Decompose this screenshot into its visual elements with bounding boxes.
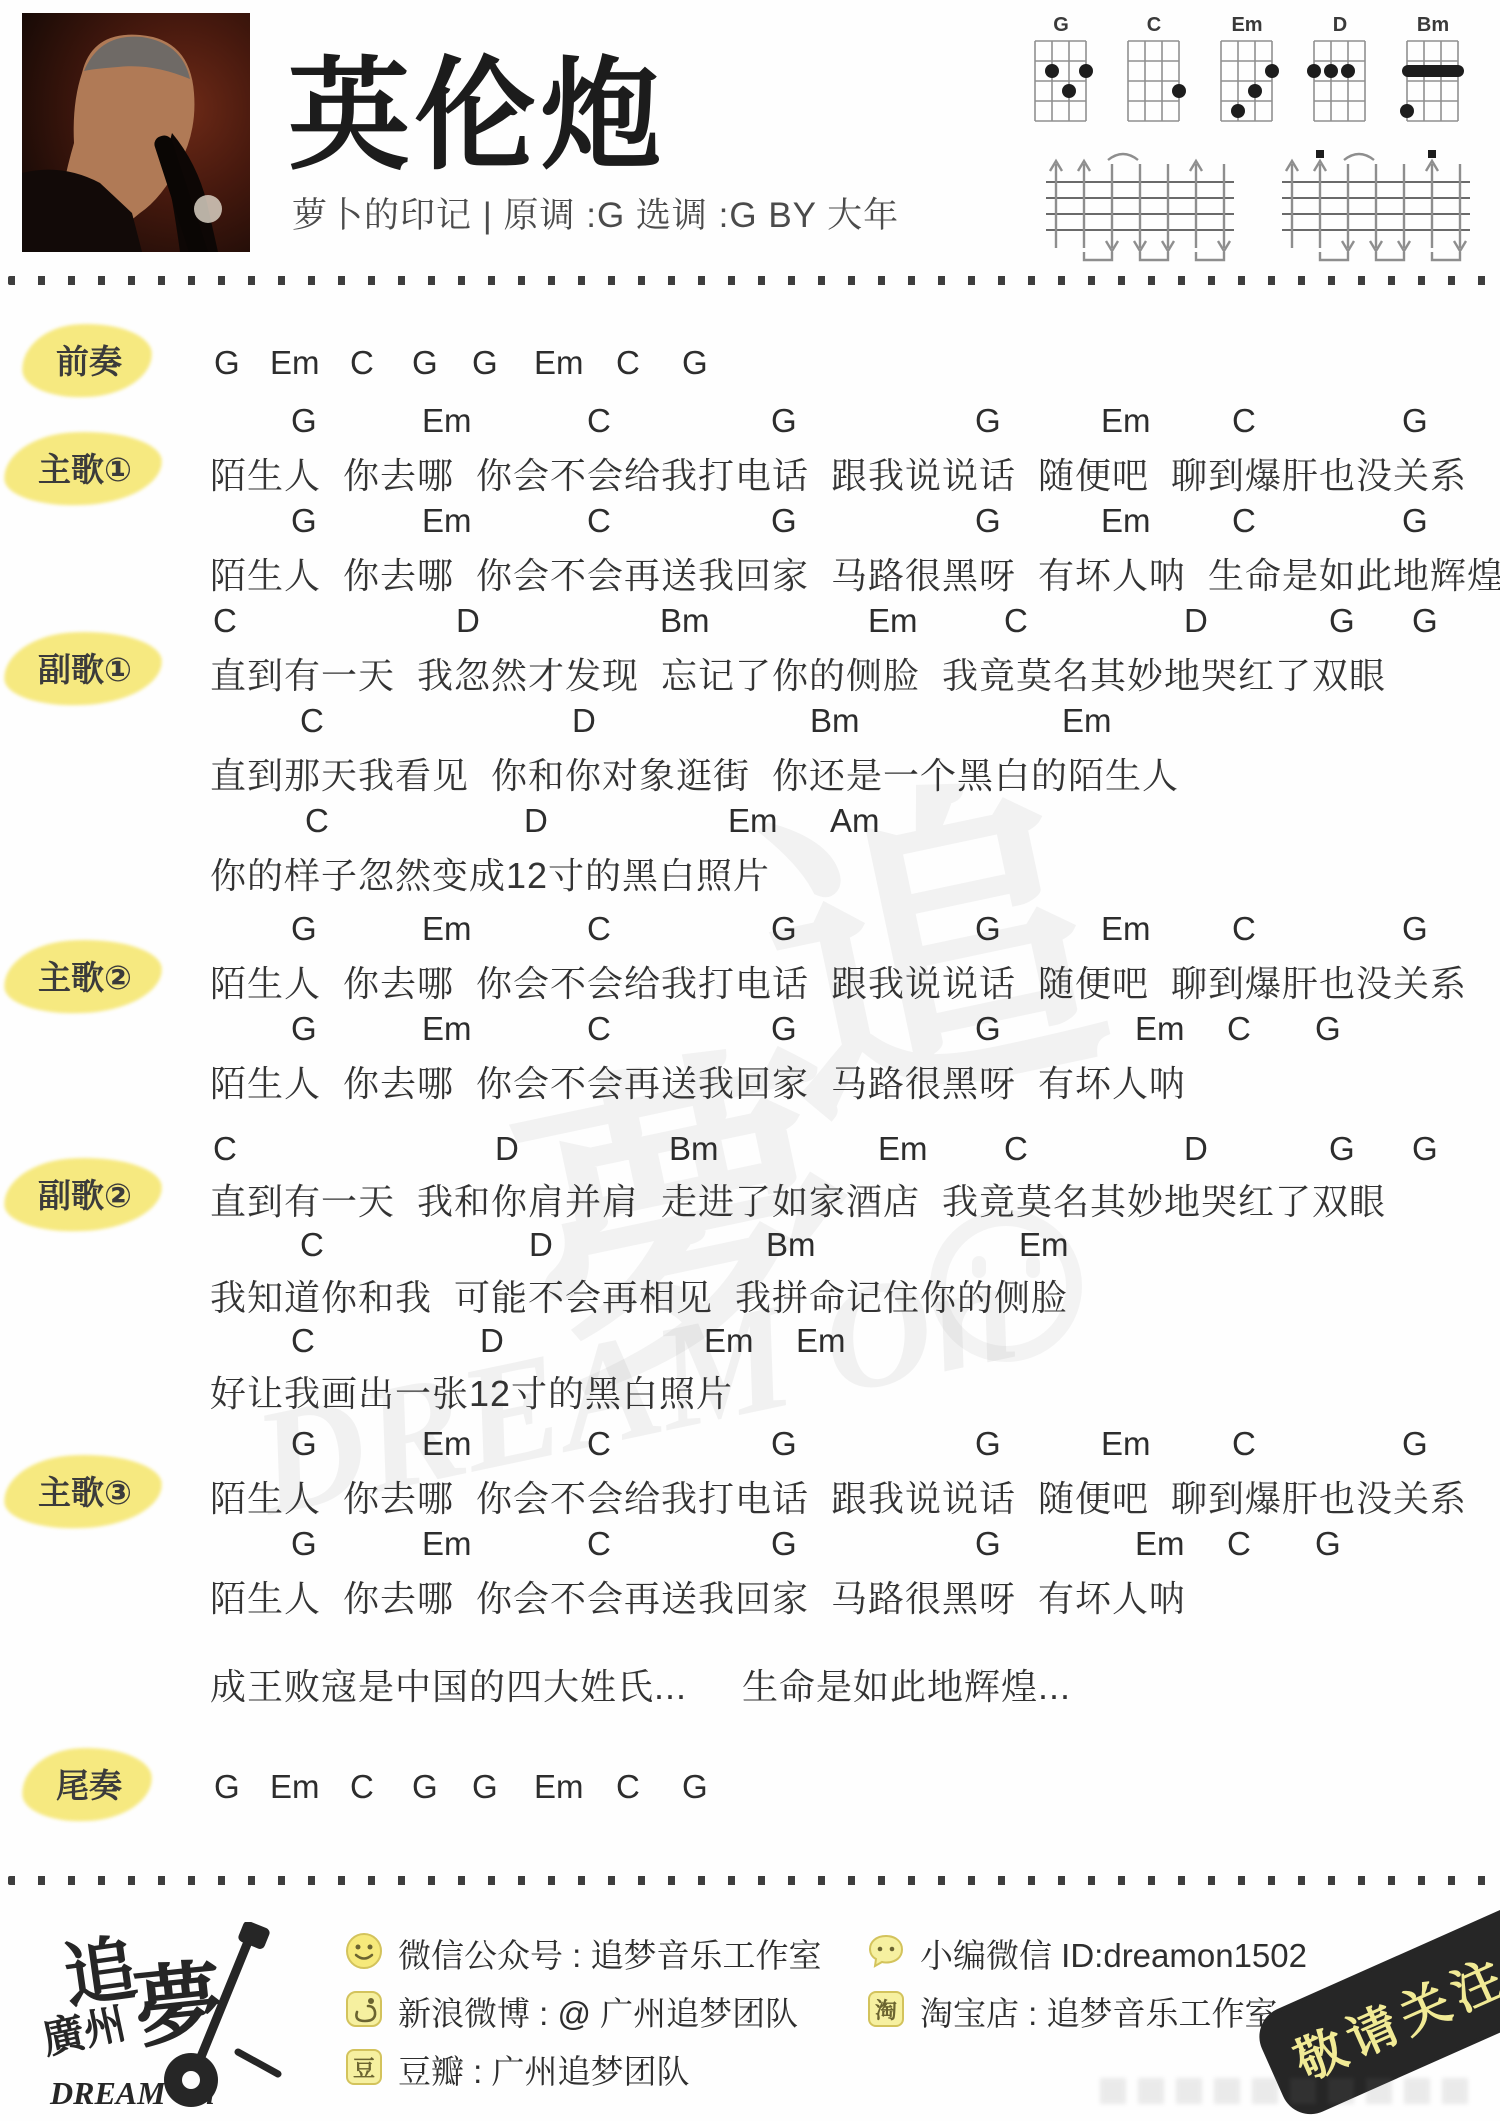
chord: Em — [728, 802, 778, 840]
chord: D — [524, 802, 548, 840]
song-body: 前奏GEmCGGEmCG主歌①GEmCGGEmCG陌生人 你去哪 你会不会给我打… — [0, 0, 1500, 2121]
chord: C — [213, 602, 237, 640]
chord: Em — [270, 1768, 320, 1806]
lyric-line: 陌生人 你去哪 你会不会给我打电话 跟我说说话 随便吧 聊到爆肝也没关系 — [210, 1471, 1467, 1522]
chord: D — [1184, 1130, 1208, 1168]
lyric-line: 你的样子忽然变成12寸的黑白照片 — [210, 848, 770, 899]
lyric-line: 陌生人 你去哪 你会不会再送我回家 马路很黑呀 有坏人呐 — [210, 1056, 1186, 1107]
chord: G — [975, 502, 1001, 540]
lyric-line: 直到有一天 我和你肩并肩 走进了如家酒店 我竟莫名其妙地哭红了双眼 — [210, 1174, 1386, 1225]
chord: G — [472, 344, 498, 382]
chord: G — [1412, 1130, 1438, 1168]
chord: G — [975, 402, 1001, 440]
chord: G — [291, 1525, 317, 1563]
chord: G — [1402, 502, 1428, 540]
chord: Em — [796, 1322, 846, 1360]
chord: G — [975, 1010, 1001, 1048]
chord: C — [350, 344, 374, 382]
chord: C — [587, 1525, 611, 1563]
chord: G — [291, 1010, 317, 1048]
chord: G — [1315, 1525, 1341, 1563]
chord: G — [771, 502, 797, 540]
chord: G — [771, 1525, 797, 1563]
section-label-text: 副歌② — [38, 1177, 132, 1214]
chord: Em — [1062, 702, 1112, 740]
section-label-outro: 尾奏 — [56, 1760, 122, 1807]
lyric-line: 陌生人 你去哪 你会不会给我打电话 跟我说说话 随便吧 聊到爆肝也没关系 — [210, 956, 1467, 1007]
lyric-line: 陌生人 你去哪 你会不会再送我回家 马路很黑呀 有坏人呐 生命是如此地辉煌 — [210, 548, 1500, 599]
section-label-text: 前奏 — [56, 343, 122, 380]
chord: C — [300, 1226, 324, 1264]
chord: C — [1227, 1525, 1251, 1563]
chord: C — [616, 344, 640, 382]
chord: G — [771, 1010, 797, 1048]
chord: Em — [422, 1010, 472, 1048]
chord: Em — [534, 344, 584, 382]
chord: G — [412, 344, 438, 382]
chord: C — [587, 1425, 611, 1463]
chord: G — [771, 402, 797, 440]
section-label-text: 主歌② — [38, 959, 132, 996]
chord: G — [975, 910, 1001, 948]
section-label-verse1: 主歌① — [38, 444, 132, 491]
chord: D — [529, 1226, 553, 1264]
lyric-line: 好让我画出一张12寸的黑白照片 — [210, 1366, 733, 1417]
chord: C — [1004, 602, 1028, 640]
lyric-line: 陌生人 你去哪 你会不会给我打电话 跟我说说话 随便吧 聊到爆肝也没关系 — [210, 448, 1467, 499]
chord: D — [572, 702, 596, 740]
chord: Bm — [810, 702, 860, 740]
lyric-line: 直到有一天 我忽然才发现 忘记了你的侧脸 我竟莫名其妙地哭红了双眼 — [210, 648, 1386, 699]
chord: C — [1232, 502, 1256, 540]
chord: G — [682, 344, 708, 382]
lyric-line: 我知道你和我 可能不会再相见 我拼命记住你的侧脸 — [210, 1270, 1068, 1321]
lyric-line: 陌生人 你去哪 你会不会再送我回家 马路很黑呀 有坏人呐 — [210, 1571, 1186, 1622]
chord: C — [213, 1130, 237, 1168]
chord: G — [412, 1768, 438, 1806]
chord: Am — [830, 802, 880, 840]
section-label-chorus2: 副歌② — [38, 1170, 132, 1217]
chord: C — [1004, 1130, 1028, 1168]
chord: C — [1227, 1010, 1251, 1048]
chord: G — [1315, 1010, 1341, 1048]
chord: G — [472, 1768, 498, 1806]
chord: Em — [1135, 1525, 1185, 1563]
chord: Bm — [669, 1130, 719, 1168]
chord: C — [587, 1010, 611, 1048]
chord: G — [771, 910, 797, 948]
chord: Em — [534, 1768, 584, 1806]
chord: D — [495, 1130, 519, 1168]
chord: D — [456, 602, 480, 640]
chord: G — [1402, 1425, 1428, 1463]
chord: Em — [422, 1425, 472, 1463]
chord-sheet-page: 英伦炮 萝卜的印记 | 原调 :G 选调 :G BY 大年 GCEmDBm 追 … — [0, 0, 1500, 2121]
chord: G — [291, 502, 317, 540]
section-label-text: 主歌① — [38, 451, 132, 488]
chord: C — [305, 802, 329, 840]
chord: Em — [1135, 1010, 1185, 1048]
chord: G — [1412, 602, 1438, 640]
chord: C — [1232, 402, 1256, 440]
chord: C — [587, 502, 611, 540]
section-label-text: 副歌① — [38, 651, 132, 688]
chord: G — [1402, 402, 1428, 440]
lyric-line: 成王败寇是中国的四大姓氏... 生命是如此地辉煌... — [210, 1659, 1071, 1710]
chord: Em — [422, 402, 472, 440]
chord: Em — [1101, 402, 1151, 440]
lyric-line: 直到那天我看见 你和你对象逛街 你还是一个黑白的陌生人 — [210, 748, 1179, 799]
chord: Em — [1101, 502, 1151, 540]
chord: Em — [422, 910, 472, 948]
chord: Em — [1101, 910, 1151, 948]
chord: G — [1402, 910, 1428, 948]
chord: Em — [422, 502, 472, 540]
chord: G — [291, 1425, 317, 1463]
chord: G — [975, 1525, 1001, 1563]
chord: G — [682, 1768, 708, 1806]
section-label-text: 尾奏 — [56, 1767, 122, 1804]
chord: Bm — [660, 602, 710, 640]
chord: G — [214, 1768, 240, 1806]
chord: G — [291, 910, 317, 948]
chord: C — [1232, 1425, 1256, 1463]
chord: Em — [1101, 1425, 1151, 1463]
chord: C — [587, 910, 611, 948]
section-label-verse3: 主歌③ — [38, 1467, 132, 1514]
section-label-chorus1: 副歌① — [38, 644, 132, 691]
section-label-text: 主歌③ — [38, 1474, 132, 1511]
chord: C — [300, 702, 324, 740]
chord: Em — [270, 344, 320, 382]
chord: G — [975, 1425, 1001, 1463]
chord: Em — [868, 602, 918, 640]
chord: D — [1184, 602, 1208, 640]
section-label-prelude: 前奏 — [56, 336, 122, 383]
chord: D — [480, 1322, 504, 1360]
chord: G — [1329, 602, 1355, 640]
chord: G — [214, 344, 240, 382]
chord: G — [771, 1425, 797, 1463]
chord: C — [1232, 910, 1256, 948]
chord: Em — [878, 1130, 928, 1168]
section-label-verse2: 主歌② — [38, 952, 132, 999]
chord: C — [616, 1768, 640, 1806]
chord: C — [350, 1768, 374, 1806]
chord: G — [1329, 1130, 1355, 1168]
chord: Em — [704, 1322, 754, 1360]
chord: Em — [1019, 1226, 1069, 1264]
chord: C — [291, 1322, 315, 1360]
chord: G — [291, 402, 317, 440]
chord: C — [587, 402, 611, 440]
chord: Bm — [766, 1226, 816, 1264]
chord: Em — [422, 1525, 472, 1563]
